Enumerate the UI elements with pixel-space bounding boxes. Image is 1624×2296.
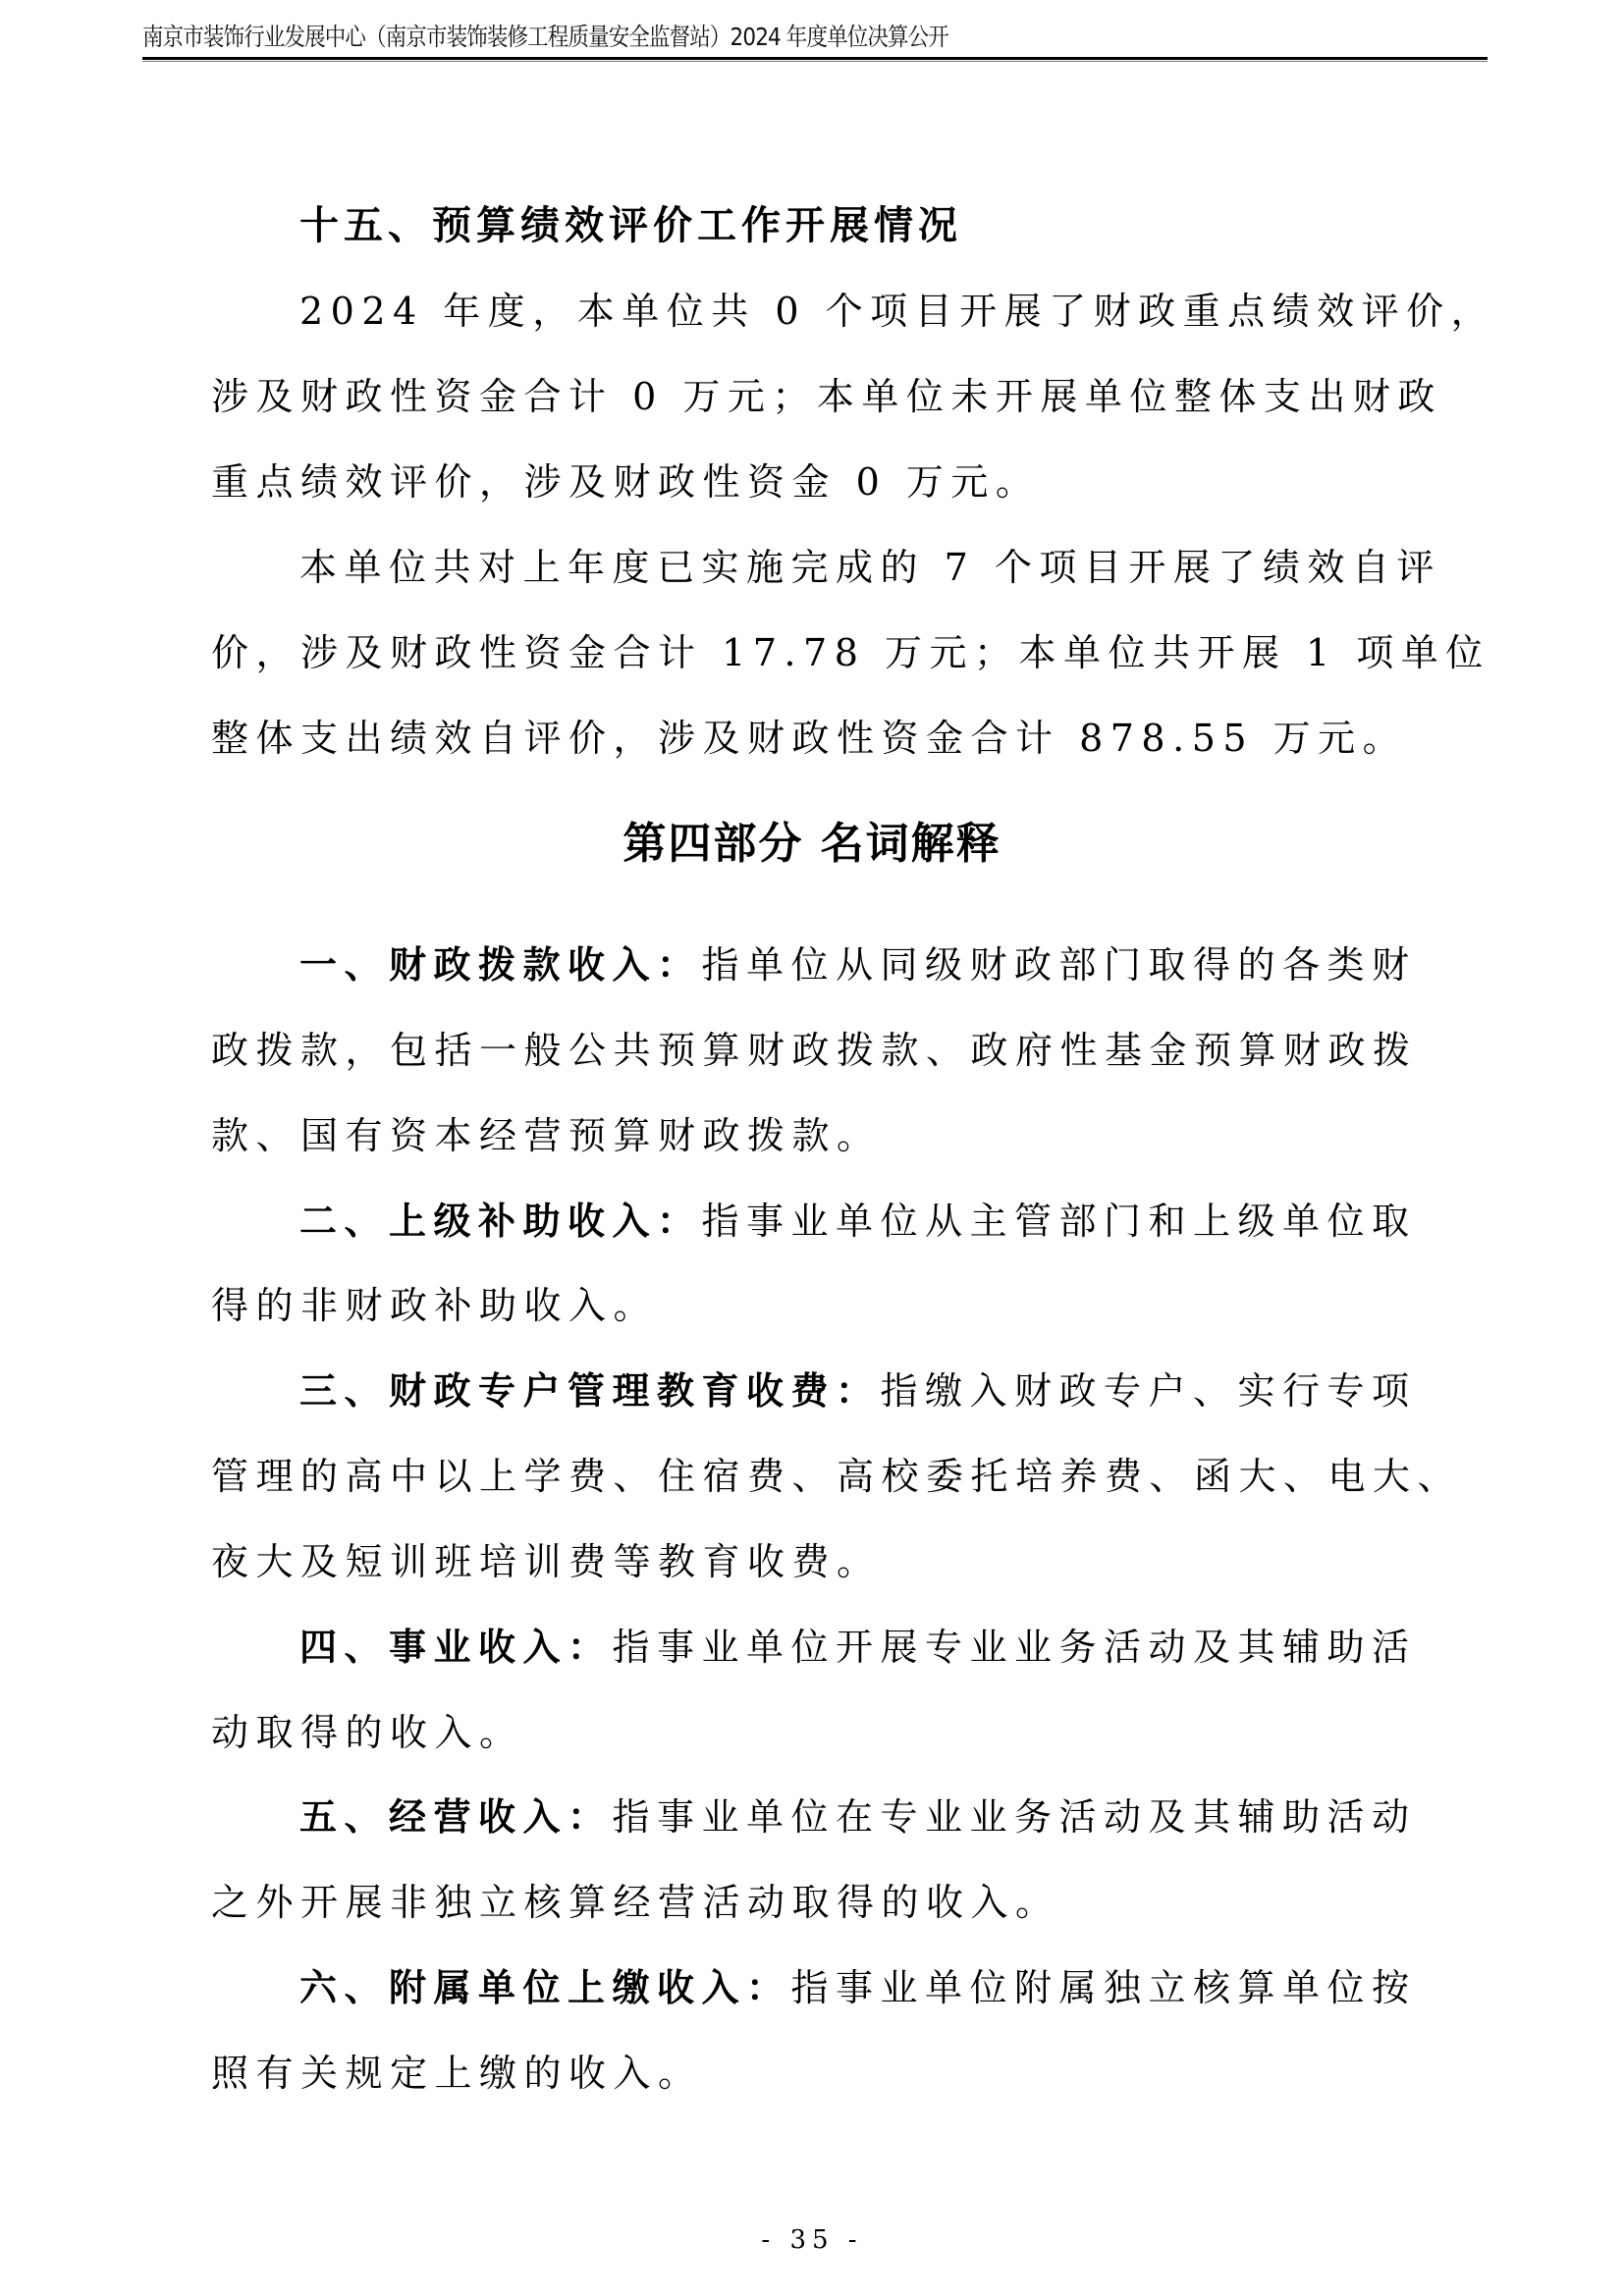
term-label: 四、事业收入： xyxy=(299,1626,613,1669)
header-rule xyxy=(142,57,1488,60)
paragraph-line: 整体支出绩效自评价，涉及财政性资金合计 878.55 万元。 xyxy=(211,714,1407,763)
paragraph-line: 动取得的收入。 xyxy=(211,1708,524,1757)
term-label: 二、上级补助收入： xyxy=(299,1200,702,1243)
paragraph-line: 照有关规定上缴的收入。 xyxy=(211,2049,703,2098)
paragraph-line: 涉及财政性资金合计 0 万元；本单位未开展单位整体支出财政 xyxy=(211,372,1442,421)
paragraph-line: 价，涉及财政性资金合计 17.78 万元；本单位共开展 1 项单位 xyxy=(211,628,1490,677)
term-definition-line: 六、附属单位上缴收入：指事业单位附属独立核算单位按 xyxy=(299,1963,1417,2012)
header-rule-thin xyxy=(142,61,1488,62)
term-definition-line: 二、上级补助收入：指事业单位从主管部门和上级单位取 xyxy=(299,1197,1417,1246)
section-heading: 十五、预算绩效评价工作开展情况 xyxy=(299,200,962,251)
paragraph-line: 之外开展非独立核算经营活动取得的收入。 xyxy=(211,1878,1060,1927)
term-text: 指事业单位从主管部门和上级单位取 xyxy=(702,1200,1417,1243)
term-label: 六、附属单位上缴收入： xyxy=(299,1966,791,2009)
term-text: 指事业单位开展专业业务活动及其辅助活 xyxy=(613,1626,1417,1669)
paragraph-line: 本单位共对上年度已实施完成的 7 个项目开展了绩效自评 xyxy=(299,543,1441,592)
term-text: 指事业单位附属独立核算单位按 xyxy=(791,1966,1417,2009)
term-label: 五、经营收入： xyxy=(299,1795,613,1839)
term-definition-line: 四、事业收入：指事业单位开展专业业务活动及其辅助活 xyxy=(299,1623,1417,1672)
paragraph-line: 政拨款，包括一般公共预算财政拨款、政府性基金预算财政拨 xyxy=(211,1026,1418,1075)
page-number: - 35 - xyxy=(0,2223,1624,2257)
paragraph-line: 款、国有资本经营预算财政拨款。 xyxy=(211,1111,882,1160)
paragraph-line: 重点绩效评价，涉及财政性资金 0 万元。 xyxy=(211,457,1040,507)
term-text: 指缴入财政专户、实行专项 xyxy=(881,1369,1417,1413)
term-label: 一、财政拨款收入： xyxy=(299,943,702,987)
term-definition-line: 三、财政专户管理教育收费：指缴入财政专户、实行专项 xyxy=(299,1366,1417,1415)
paragraph-line: 得的非财政补助收入。 xyxy=(211,1281,658,1330)
paragraph-line: 管理的高中以上学费、住宿费、高校委托培养费、函大、电大、 xyxy=(211,1452,1462,1501)
paragraph-line: 2024 年度，本单位共 0 个项目开展了财政重点绩效评价， xyxy=(299,287,1495,336)
term-text: 指单位从同级财政部门取得的各类财 xyxy=(702,943,1417,987)
paragraph-line: 夜大及短训班培训费等教育收费。 xyxy=(211,1537,882,1586)
term-definition-line: 一、财政拨款收入：指单位从同级财政部门取得的各类财 xyxy=(299,940,1417,989)
running-header: 南京市装饰行业发展中心（南京市装饰装修工程质量安全监督站）2024 年度单位决算… xyxy=(142,22,1299,53)
term-text: 指事业单位在专业业务活动及其辅助活动 xyxy=(613,1795,1417,1839)
term-definition-line: 五、经营收入：指事业单位在专业业务活动及其辅助活动 xyxy=(299,1792,1417,1842)
term-label: 三、财政专户管理教育收费： xyxy=(299,1369,881,1413)
part-title: 第四部分 名词解释 xyxy=(0,817,1624,872)
